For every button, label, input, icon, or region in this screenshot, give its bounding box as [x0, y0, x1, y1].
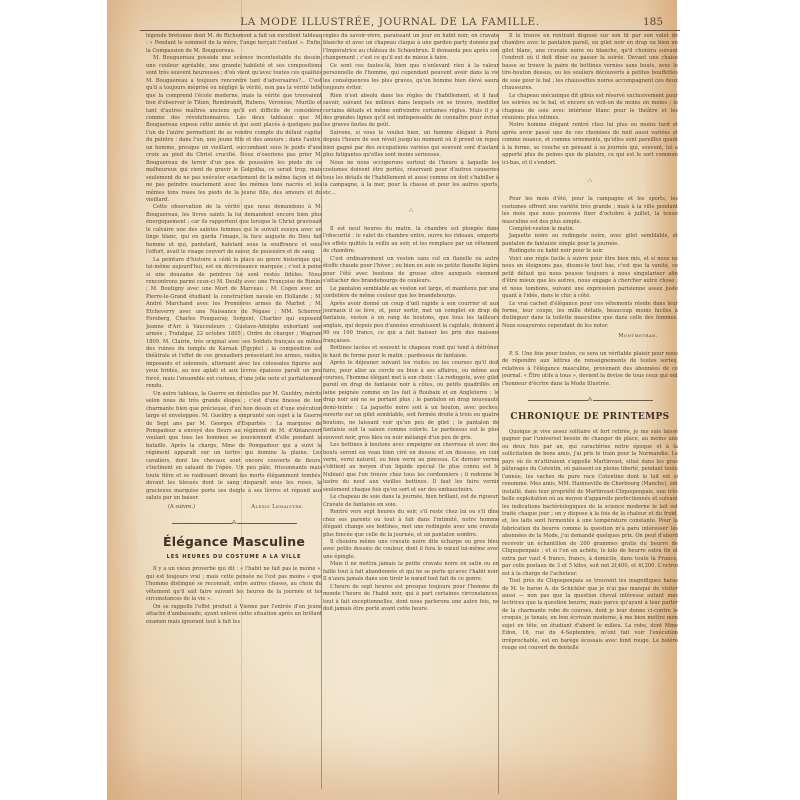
paragraph: Le pantalon semblable au veston est larg… [323, 286, 499, 301]
paragraph: Bottines lacées et souvent le chapeau ro… [323, 345, 499, 360]
section-title: Élégance Masculine [146, 534, 322, 550]
paragraph: Suivons, si vous le voulez bien, un homm… [323, 130, 499, 160]
paragraph: Le chapeau de soie dans la journée, bien… [323, 494, 499, 509]
paragraph: Les bottines à boutons avec empeigne en … [323, 442, 499, 494]
paragraph: Il y a un vieux proverbe qui dit : « l'h… [146, 566, 322, 603]
postscript: P. S. Une fois pour toutes, ce sera un v… [502, 351, 678, 388]
author-name: Montmeyran. [502, 333, 678, 340]
asterism-separator: ∴ [323, 206, 499, 216]
section-ornament: ⁂ [146, 520, 322, 526]
paragraph: Cette observation de la vérité que nous … [146, 204, 322, 256]
paragraph: Rentré vers sept heures du soir, s'il re… [323, 509, 499, 539]
paragraph: Il est neuf heures du matin, la chambre … [323, 226, 499, 256]
paragraph: Tout près de Cliquepenpais se trouvent l… [502, 578, 678, 653]
paragraph: Redingote ou habit noir pour le soir. [502, 248, 678, 255]
paragraph: C'est ordinairement un veston sans col e… [323, 256, 499, 286]
section-subtitle: LES HEURES DU COSTUME A LA VILLE [146, 554, 322, 561]
article-signature: (A suivre.) Alexis Lemaistre. [146, 504, 322, 511]
paragraph: Jaquette noire ou redingote noire, avec … [502, 233, 678, 248]
paragraph: M. Bouguereau possède une science incont… [146, 55, 322, 204]
paragraph: Nous ne nous occuperons surtout de l'heu… [323, 160, 499, 197]
paragraph: légende bretonne dont M. de Richemont a … [146, 33, 322, 55]
paragraph: règles du savoir-vivre, paraissant un jo… [323, 33, 499, 63]
paragraph: Rien n'est absolu dans les règles de l'h… [323, 93, 499, 130]
section-ornament: ⁂ [502, 397, 678, 403]
paragraph: La peinture d'histoire a cédé la place a… [146, 257, 322, 391]
paragraph: On se rappelle l'effet produit à Vienne … [146, 604, 322, 626]
paragraph: Il le trouve en rentrant disposé sur son… [502, 33, 678, 93]
continued-note: (A suivre.) [168, 504, 195, 511]
paragraph: Notre homme élégant rentré chez lui plus… [502, 122, 678, 167]
author-name: Alexis Lemaistre. [251, 504, 304, 511]
paragraph: Le chapeau mécanique dit gibus est réser… [502, 93, 678, 123]
paragraph: Ce sont ces fautes-là, bien que n'enleva… [323, 63, 499, 93]
header-rule [140, 30, 680, 31]
journal-title: LA MODE ILLUSTRÉE, JOURNAL DE LA FAMILLE… [180, 16, 600, 28]
paragraph: Le vrai cachet d'élégance pour ces vêtem… [502, 301, 678, 331]
asterism-separator: ∴ [502, 176, 678, 186]
paragraph: Il choisira même une cravate noire dite … [323, 539, 499, 561]
column-right: Il le trouve en rentrant disposé sur son… [502, 33, 678, 793]
column-middle: règles du savoir-vivre, paraissant un jo… [323, 33, 499, 793]
paragraph: L'heure de sept heures est presque toujo… [323, 584, 499, 614]
paragraph: Complet-veston le matin. [502, 226, 678, 233]
paragraph: Après le déjeuner suivant les visites ou… [323, 360, 499, 442]
section-title: CHRONIQUE DE PRINTEMPS [502, 411, 678, 424]
paragraph: Quoique je vive assez solitaire et fort … [502, 429, 678, 578]
paragraph: Un autre tableau, la Guerre en dentelles… [146, 391, 322, 503]
paragraph: Voici une règle facile à suivre pour êtr… [502, 256, 678, 301]
paragraph: Mais il ne mettra jamais la petite crava… [323, 561, 499, 583]
page-number: 185 [643, 16, 663, 28]
paragraph: Pour les mois d'été, pour la campagne et… [502, 196, 678, 226]
paragraph: Après avoir donné un coup d'œil rapide à… [323, 301, 499, 346]
column-left: légende bretonne dont M. de Richemont a … [146, 33, 322, 793]
